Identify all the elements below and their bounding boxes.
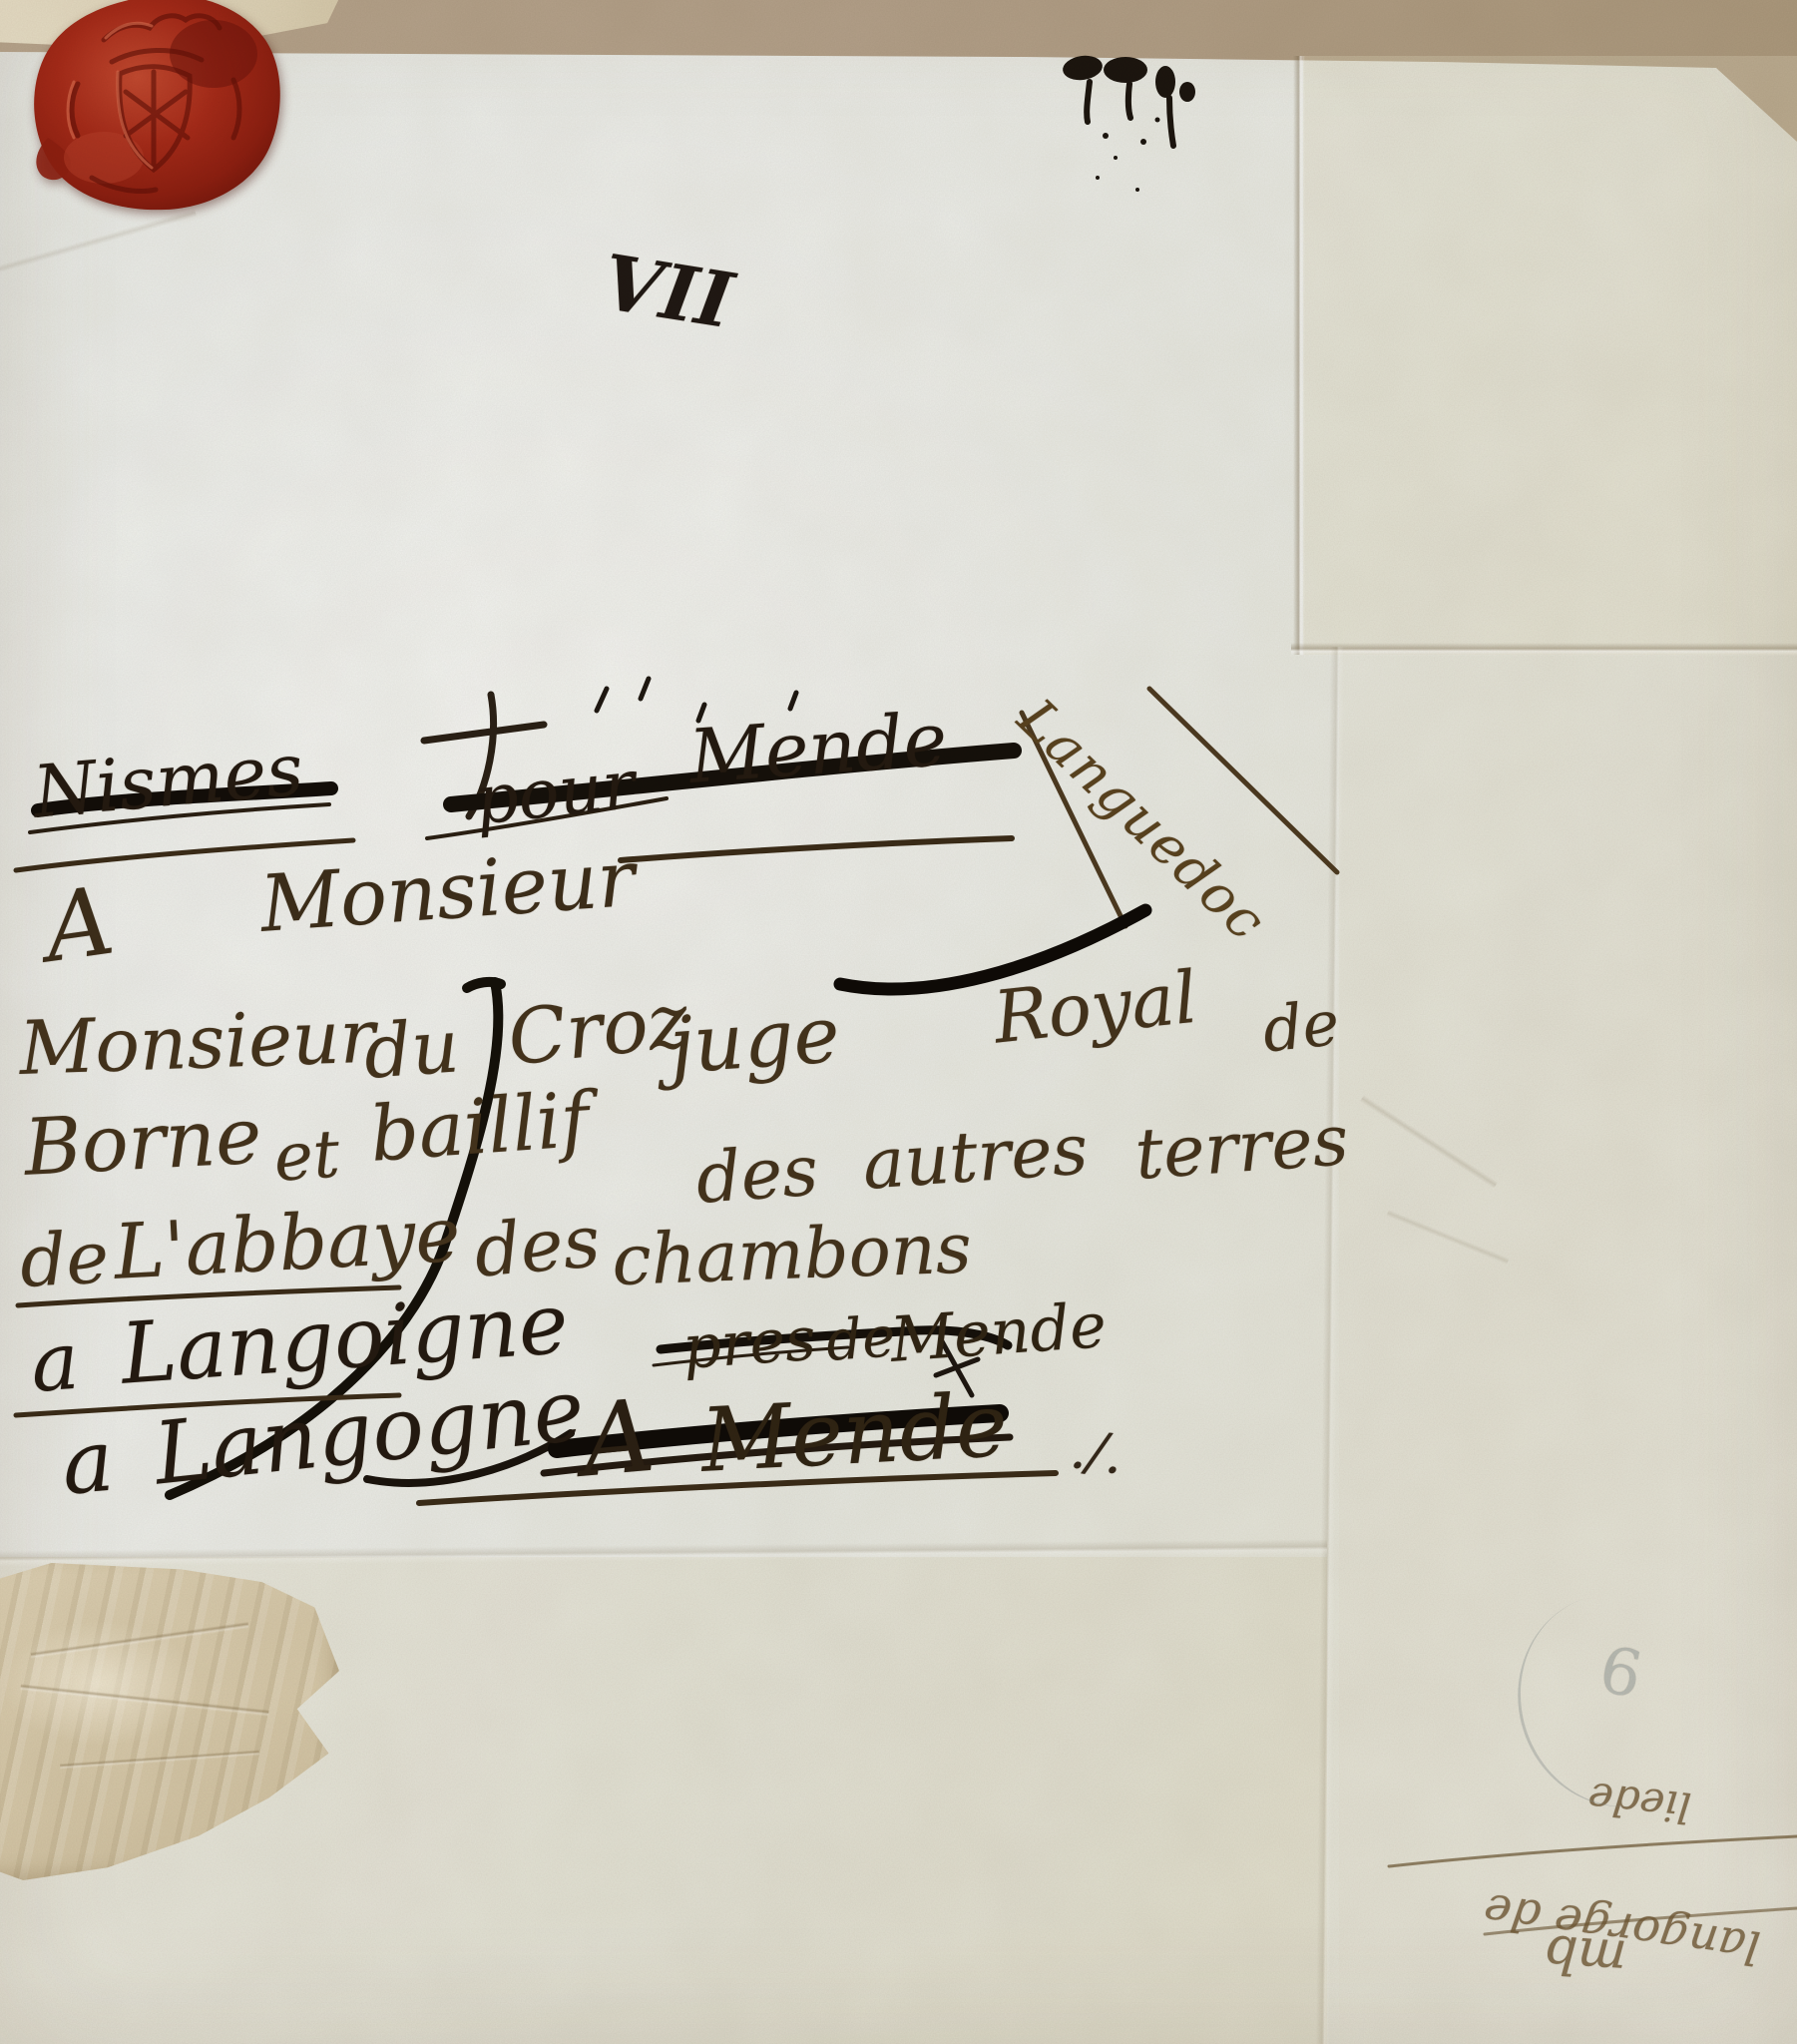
word: Croz xyxy=(504,975,692,1082)
struck-word: de xyxy=(824,1304,897,1374)
word: terres xyxy=(1132,1099,1351,1196)
photograph-of-letter: VII Nismes pour Mende Languedoc A Monsie… xyxy=(0,0,1797,2044)
struck-word-pour: pour xyxy=(471,746,639,840)
word: juge xyxy=(667,990,842,1092)
word: et xyxy=(271,1115,342,1196)
verso-fragment: mb xyxy=(1543,1922,1629,1988)
word: de xyxy=(18,1215,111,1303)
fold-panel-shading xyxy=(1339,649,1797,2044)
word: des xyxy=(693,1129,821,1219)
word: Monsieur xyxy=(18,994,376,1092)
word: L'abbaye xyxy=(112,1190,462,1296)
word: chambons xyxy=(611,1207,973,1301)
struck-word: A xyxy=(577,1377,659,1500)
word: Borne xyxy=(22,1092,263,1194)
word: autres xyxy=(860,1108,1091,1206)
struck-word: Mende xyxy=(888,1288,1109,1376)
end-mark: ./. xyxy=(1067,1417,1127,1487)
fold-panel-shading xyxy=(1303,56,1797,655)
struck-word-mende: Mende xyxy=(686,697,950,800)
torn-wrapper-scrap xyxy=(0,0,341,50)
struck-word: Mende xyxy=(698,1373,1010,1492)
word: a xyxy=(58,1411,118,1515)
word: baillif xyxy=(367,1075,592,1179)
word: a xyxy=(28,1314,82,1410)
word: de xyxy=(1259,986,1343,1067)
struck-word: pres xyxy=(680,1304,818,1383)
word: du xyxy=(361,1003,462,1095)
